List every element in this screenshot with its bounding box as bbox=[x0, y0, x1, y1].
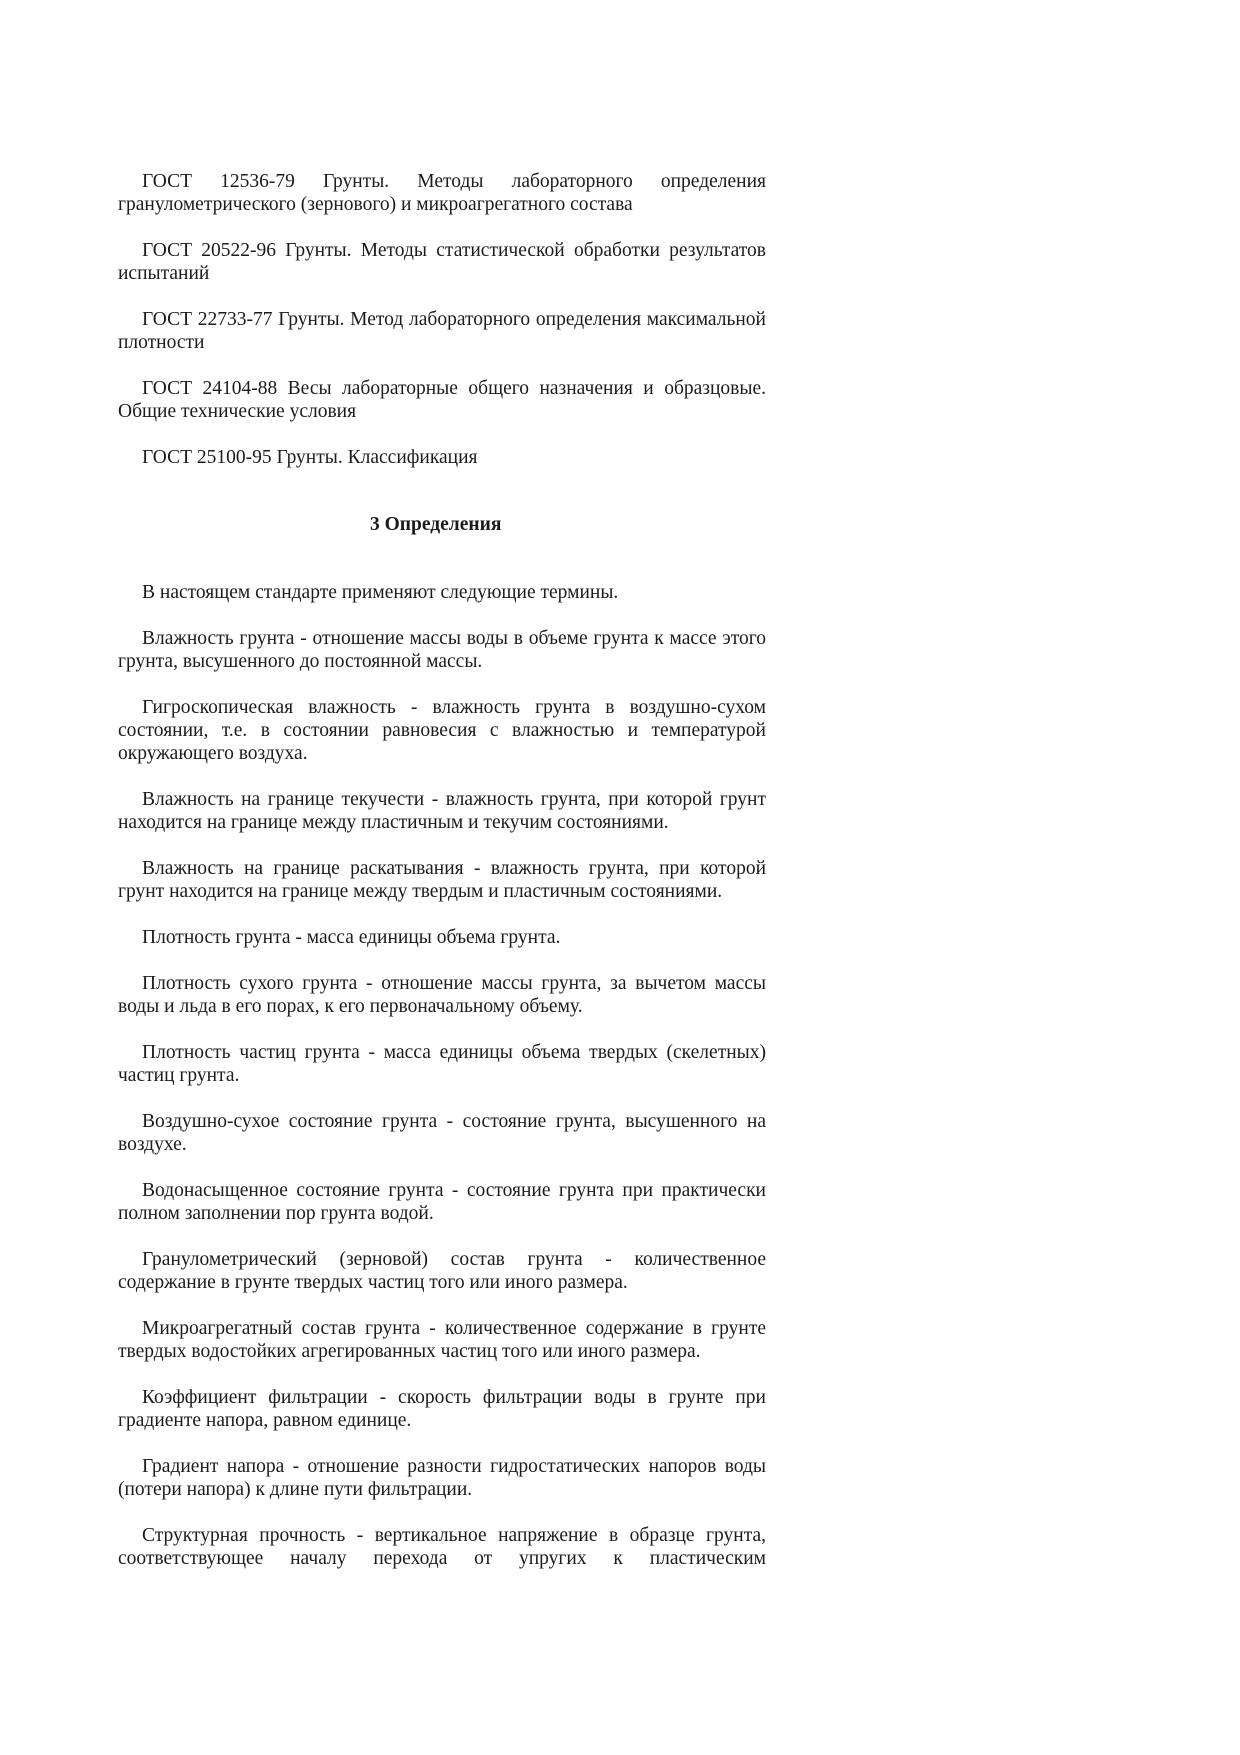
section-intro: В настоящем стандарте применяют следующи… bbox=[118, 581, 766, 604]
reference-item: ГОСТ 24104-88 Весы лабораторные общего н… bbox=[118, 377, 766, 423]
definition-item: Влажность грунта - отношение массы воды … bbox=[118, 627, 766, 673]
definition-item: Гигроскопическая влажность - влажность г… bbox=[118, 696, 766, 765]
definition-item: Влажность на границе раскатывания - влаж… bbox=[118, 857, 766, 903]
definition-item: Коэффициент фильтрации - скорость фильтр… bbox=[118, 1386, 766, 1432]
reference-item: ГОСТ 25100-95 Грунты. Классификация bbox=[118, 446, 766, 469]
definition-item: Водонасыщенное состояние грунта - состоя… bbox=[118, 1179, 766, 1225]
definition-item: Гранулометрический (зерновой) состав гру… bbox=[118, 1248, 766, 1294]
definition-item: Плотность сухого грунта - отношение масс… bbox=[118, 972, 766, 1018]
reference-item: ГОСТ 20522-96 Грунты. Методы статистичес… bbox=[118, 239, 766, 285]
definition-item: Градиент напора - отношение разности гид… bbox=[118, 1455, 766, 1501]
section-heading: 3 Определения bbox=[118, 513, 766, 536]
definition-item: Плотность грунта - масса единицы объема … bbox=[118, 926, 766, 949]
definition-item: Плотность частиц грунта - масса единицы … bbox=[118, 1041, 766, 1087]
reference-item: ГОСТ 22733-77 Грунты. Метод лабораторног… bbox=[118, 308, 766, 354]
definitions-section: В настоящем стандарте применяют следующи… bbox=[118, 581, 766, 1570]
definition-item-continued: Структурная прочность - вертикальное нап… bbox=[118, 1524, 766, 1570]
definition-item: Влажность на границе текучести - влажнос… bbox=[118, 788, 766, 834]
definition-item: Микроагрегатный состав грунта - количест… bbox=[118, 1317, 766, 1363]
reference-item: ГОСТ 12536-79 Грунты. Методы лабораторно… bbox=[118, 170, 766, 216]
document-page: ГОСТ 12536-79 Грунты. Методы лабораторно… bbox=[118, 170, 766, 1593]
definition-item: Воздушно-сухое состояние грунта - состоя… bbox=[118, 1110, 766, 1156]
normative-references: ГОСТ 12536-79 Грунты. Методы лабораторно… bbox=[118, 170, 766, 469]
